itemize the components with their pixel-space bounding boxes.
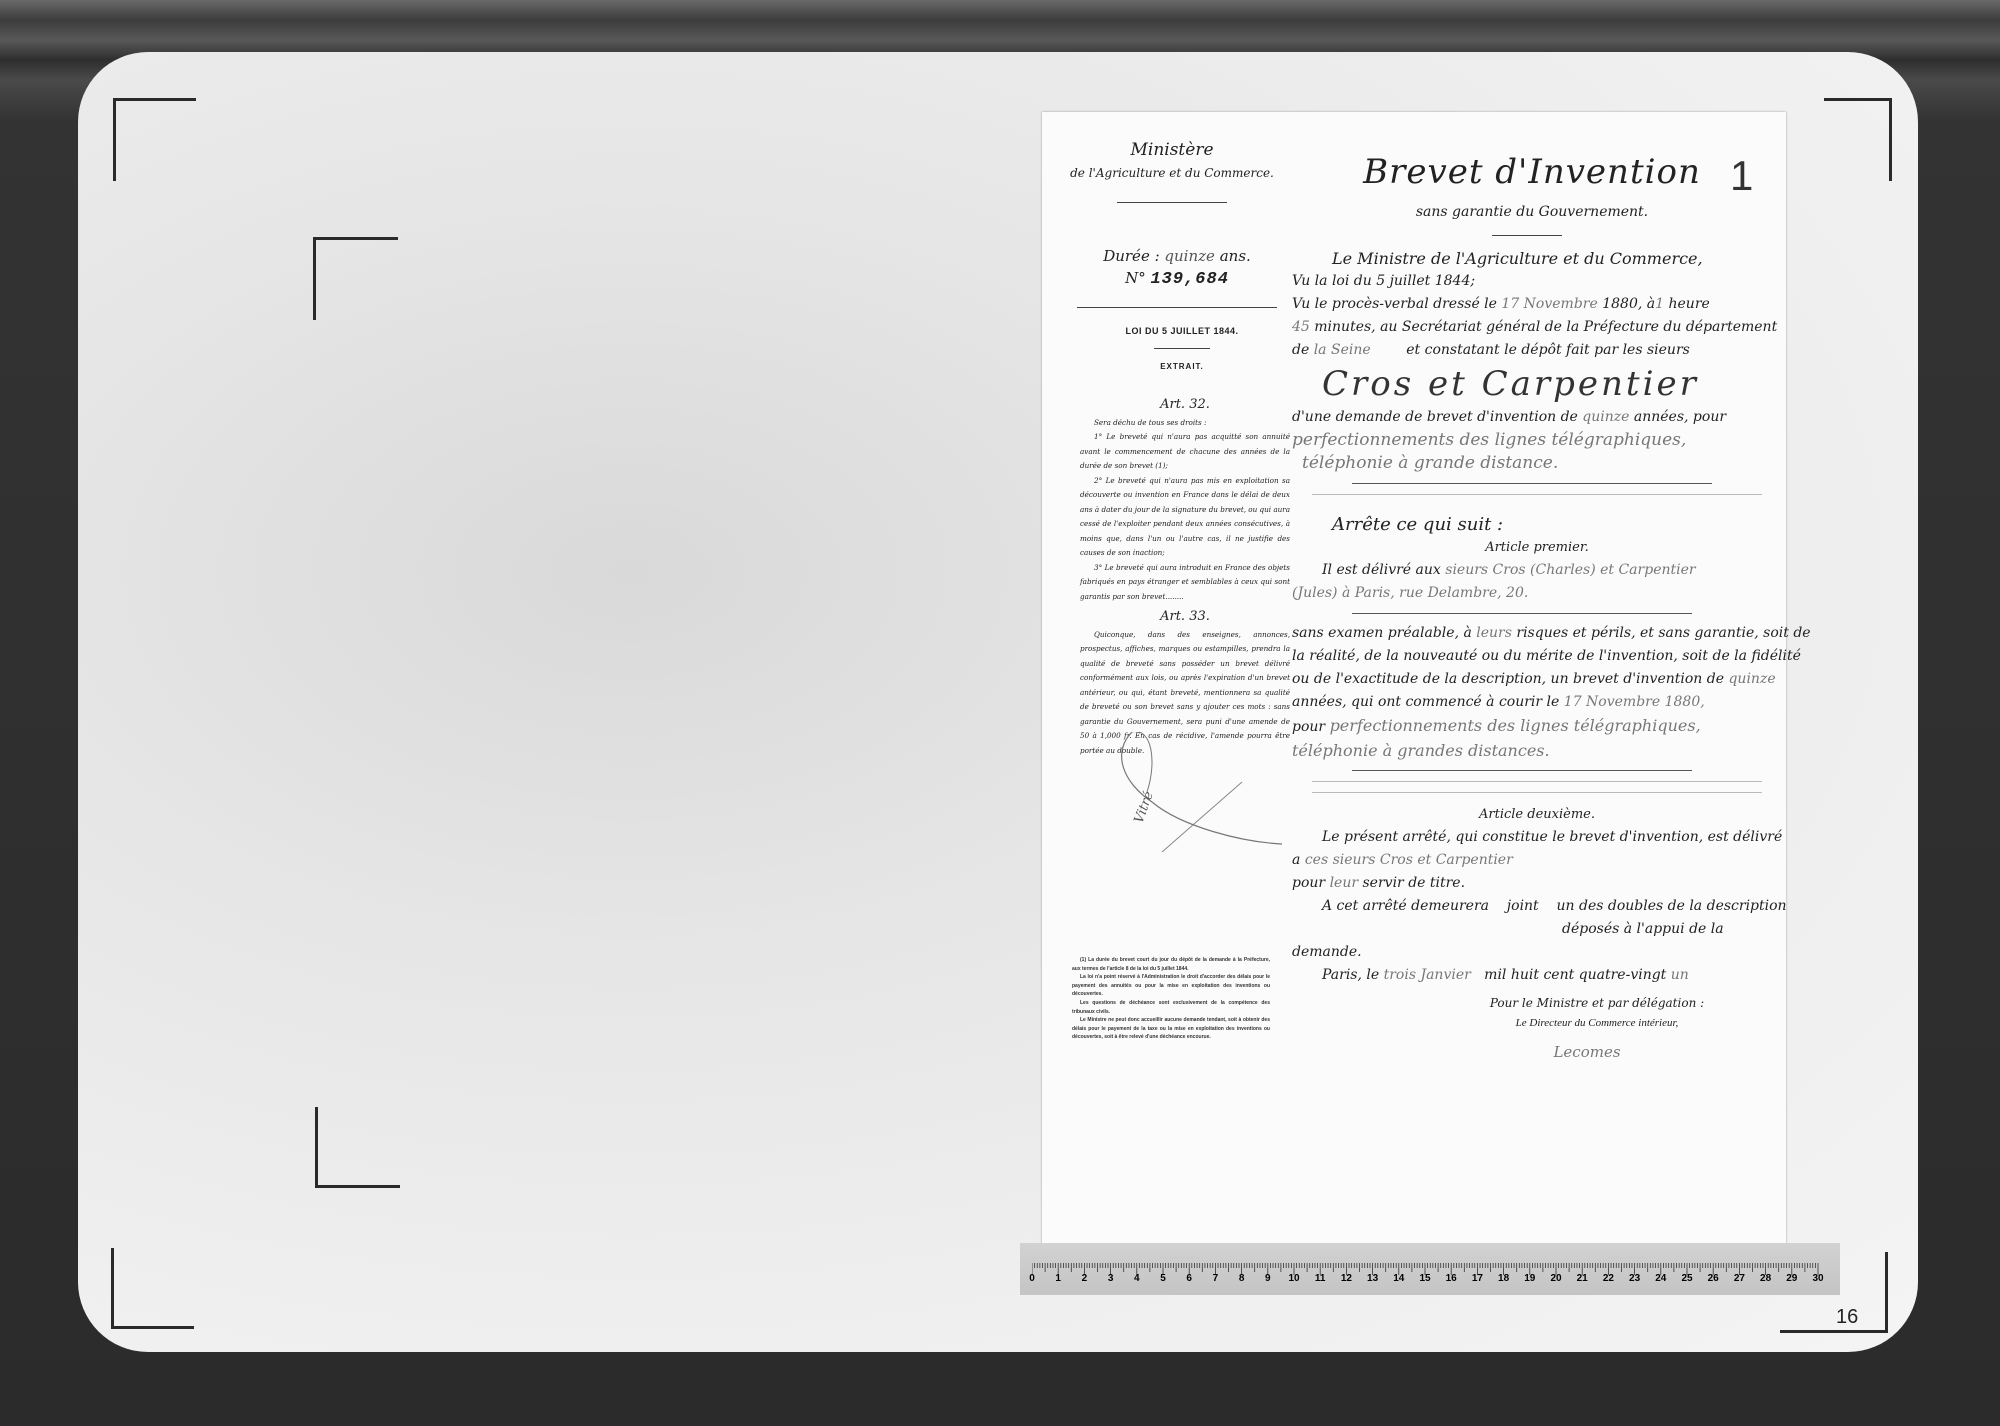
article-premier-invention: téléphonie à grandes distances. [1292,739,1782,762]
measurement-ruler: 0123456789101112131415161718192021222324… [1020,1243,1840,1295]
divider [1077,307,1277,308]
ruler-label: 9 [1265,1273,1271,1284]
ruler-label: 0 [1029,1273,1035,1284]
ministry-header: Ministère de l'Agriculture et du Commerc… [1057,140,1287,203]
article-premier-text: années, qui ont commencé à courir le 17 … [1292,691,1782,714]
ministry-line2: de l'Agriculture et du Commerce. [1057,166,1287,180]
crop-mark-inner-top-left [313,237,398,320]
article-deuxieme-title: Article deuxième. [1292,803,1782,826]
article-32-para: Sera déchu de tous ses droits : [1080,416,1290,431]
ruler-label: 23 [1629,1273,1640,1284]
ruler-labels: 0123456789101112131415161718192021222324… [1020,1273,1860,1289]
article-premier-text: la réalité, de la nouveauté ou du mérite… [1292,645,1782,668]
footnote: (1) La durée du brevet court du jour du … [1072,956,1270,973]
crop-mark-bottom-left [111,1248,194,1329]
ministry-line1: Ministère [1057,140,1287,160]
article-premier-text: sans examen préalable, à leurs risques e… [1292,622,1782,645]
article-deuxieme-text: déposés à l'appui de la [1292,918,1782,941]
ruler-label: 12 [1341,1273,1352,1284]
applicants: Cros et Carpentier [1292,362,1782,406]
law-heading: LOI DU 5 JUILLET 1844. [1092,326,1272,336]
ruler-label: 25 [1681,1273,1692,1284]
proces-verbal-line: Vu le procès-verbal dressé le 17 Novembr… [1292,293,1782,316]
ruler-label: 13 [1367,1273,1378,1284]
ruler-label: 30 [1812,1273,1823,1284]
minister-line: Le Ministre de l'Agriculture et du Comme… [1292,247,1782,270]
ruler-label: 2 [1082,1273,1088,1284]
invention-title-line2: téléphonie à grande distance. [1292,452,1782,475]
department-line: de la Seine et constatant le dépôt fait … [1292,339,1782,362]
article-deuxieme-text: Le présent arrêté, qui constitue le brev… [1292,826,1782,849]
ruler-label: 29 [1786,1273,1797,1284]
divider [1352,613,1692,614]
article-deuxieme-text: demande. [1292,941,1782,964]
document-subtitle: sans garantie du Gouvernement. [1292,204,1772,220]
marginal-flourish [1102,732,1282,852]
article-32-para: 3° Le breveté qui aura introduit en Fran… [1080,561,1290,605]
article-deuxieme-text: a ces sieurs Cros et Carpentier [1292,849,1782,872]
pv-date: 17 Novembre [1501,296,1597,312]
footnote: La loi n'a point réservé à l'Administrat… [1072,973,1270,999]
ruler-label: 21 [1577,1273,1588,1284]
crop-mark-top-right [1824,98,1892,181]
divider [1312,781,1762,782]
minutes-line: 45 minutes, au Secrétariat général de la… [1292,316,1782,339]
article-32-para: 2° Le breveté qui n'aura pas mis en expl… [1080,474,1290,561]
grantees-address: (Jules) à Paris, rue Delambre, 20. [1292,582,1782,605]
footnotes: (1) La durée du brevet court du jour du … [1072,956,1270,1042]
duration-block: Durée : quinze ans. N° 139,684 [1062,247,1292,308]
law-reference: Vu la loi du 5 juillet 1844; [1292,270,1782,293]
divider [1154,348,1210,349]
ruler-label: 6 [1186,1273,1192,1284]
ruler-label: 3 [1108,1273,1114,1284]
article-deuxieme-text: A cet arrêté demeurera joint un des doub… [1292,895,1782,918]
patent-document: Ministère de l'Agriculture et du Commerc… [1042,112,1786,1260]
ruler-label: 11 [1315,1273,1326,1284]
document-body: Le Ministre de l'Agriculture et du Comme… [1292,247,1782,1064]
patent-number: 139,684 [1150,270,1228,289]
signature-line1: Pour le Ministre et par délégation : [1292,993,1782,1013]
invention-title-line1: perfectionnements des lignes télégraphiq… [1292,429,1782,452]
number-label: N° [1125,269,1146,287]
article-premier-title: Article premier. [1292,536,1782,559]
divider [1352,770,1692,771]
divider [1117,202,1227,203]
ruler-label: 7 [1213,1273,1219,1284]
article-premier-text: ou de l'exactitude de la description, un… [1292,668,1782,691]
folio-mark: 1 [1730,152,1753,200]
article-32-para: 1° Le breveté qui n'aura pas acquitté so… [1080,430,1290,474]
article-premier-invention: pour perfectionnements des lignes télégr… [1292,714,1782,739]
crop-mark-top-left [113,98,196,181]
duration-value: quinze [1164,247,1215,265]
extract-label: EXTRAIT. [1092,362,1272,371]
article-32-title: Art. 32. [1080,398,1290,413]
ruler-label: 5 [1160,1273,1166,1284]
law-extract: Art. 32. Sera déchu de tous ses droits :… [1080,392,1290,758]
request-line: d'une demande de brevet d'invention de q… [1292,406,1782,429]
footnote: Le Ministre ne peut donc accueillir aucu… [1072,1016,1270,1042]
grantees-line: Il est délivré aux sieurs Cros (Charles)… [1292,559,1782,582]
ruler-label: 24 [1655,1273,1666,1284]
ruler-label: 14 [1393,1273,1404,1284]
ruler-label: 22 [1603,1273,1614,1284]
ruler-label: 26 [1708,1273,1719,1284]
ruler-label: 4 [1134,1273,1140,1284]
ruler-label: 15 [1419,1273,1430,1284]
ruler-label: 17 [1472,1273,1483,1284]
crop-mark-inner-bottom-left [315,1107,400,1188]
ruler-label: 18 [1498,1273,1509,1284]
footnote: Les questions de déchéance sont exclusiv… [1072,999,1270,1016]
department: la Seine [1314,342,1371,358]
ruler-label: 10 [1288,1273,1299,1284]
ruler-label: 27 [1734,1273,1745,1284]
sheet-number: 16 [1836,1306,1858,1329]
ruler-label: 20 [1550,1273,1561,1284]
signature-line2: Le Directeur du Commerce intérieur, [1292,1013,1782,1033]
decision-heading: Arrête ce qui suit : [1292,513,1782,536]
duration-suffix: ans. [1220,247,1251,265]
divider [1312,792,1762,793]
divider [1492,235,1562,236]
ruler-label: 19 [1524,1273,1535,1284]
signature: Lecomes [1292,1041,1782,1064]
duration-label: Durée : [1103,247,1159,265]
issue-date: Paris, le trois Janvier mil huit cent qu… [1292,964,1782,987]
divider [1352,483,1712,484]
ruler-label: 16 [1446,1273,1457,1284]
divider [1312,494,1762,495]
ruler-label: 28 [1760,1273,1771,1284]
ruler-label: 8 [1239,1273,1245,1284]
grantees: sieurs Cros (Charles) et Carpentier [1445,562,1695,578]
article-deuxieme-text: pour leur servir de titre. [1292,872,1782,895]
article-33-title: Art. 33. [1080,610,1290,625]
ruler-label: 1 [1055,1273,1061,1284]
document-title: Brevet d'Invention [1292,152,1772,192]
